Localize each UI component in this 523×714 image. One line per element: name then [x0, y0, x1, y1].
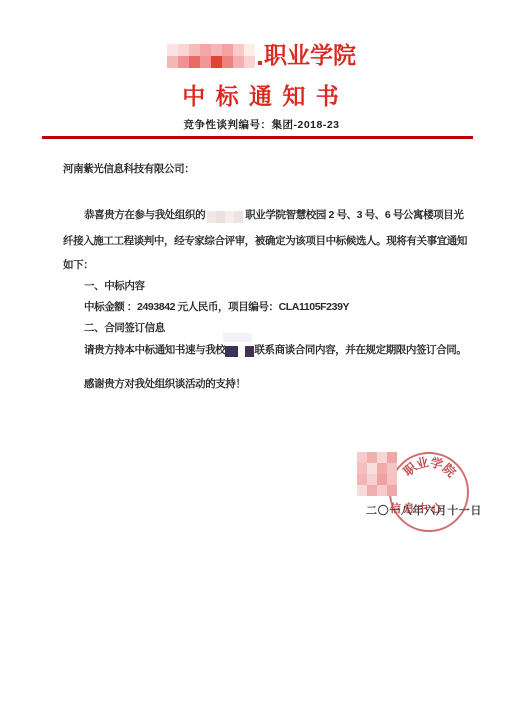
seal-arc-char: 业: [415, 456, 430, 471]
mosaic-cell: [357, 474, 367, 485]
mosaic-cell: [178, 44, 189, 56]
paragraph-line-1-pre: 恭喜贵方在参与我处组织的: [84, 207, 205, 222]
redacted-org-name-mosaic: [167, 44, 255, 68]
negotiation-number: 竞争性谈判编号：集团-2018-23: [0, 117, 523, 132]
award-amount-line: 中标金额 ：2493842 元人民币，项目编号：CLA1105F239Y: [84, 299, 349, 314]
mosaic-cell: [377, 474, 387, 485]
letterhead-org-title: 职业学院: [0, 40, 523, 68]
mosaic-cell: [167, 56, 178, 68]
mosaic-cell: [357, 452, 367, 463]
mosaic-cell: [222, 56, 233, 68]
mosaic-cell: [377, 485, 387, 496]
award-notice-document: 职业学院 中 标 通 知 书 竞争性谈判编号：集团-2018-23 河南紫光信息…: [0, 0, 523, 714]
mosaic-cell: [377, 463, 387, 474]
document-date: 二〇一八年六月十一日: [366, 502, 482, 518]
mosaic-cell: [167, 44, 178, 56]
paragraph-line-3: 如下：: [63, 257, 93, 272]
redaction-block-1: [225, 346, 238, 357]
mosaic-cell: [178, 56, 189, 68]
mosaic-cell: [387, 474, 397, 485]
mosaic-cell: [233, 56, 244, 68]
mosaic-cell: [244, 56, 255, 68]
org-title-text: 职业学院: [264, 42, 356, 68]
mosaic-cell: [222, 44, 233, 56]
mosaic-cell: [211, 44, 222, 56]
header-divider-rule: [42, 136, 473, 139]
mosaic-cell: [367, 485, 377, 496]
mosaic-cell: [357, 485, 367, 496]
contact-instruction-line: 请贵方持本中标通知书速与我校 联系商谈合同内容，并在规定期限内签订合同。: [84, 342, 467, 357]
section-2-heading: 二、合同签订信息: [84, 320, 165, 335]
paragraph-line-1: 恭喜贵方在参与我处组织的 职业学院智慧校园 2 号、3 号、6 号公寓楼项目光: [84, 207, 464, 222]
mosaic-cell: [367, 474, 377, 485]
mosaic-cell: [244, 44, 255, 56]
mosaic-cell: [233, 44, 244, 56]
seal-arc-text: 职业学院: [389, 452, 469, 532]
seal-redaction-mosaic: [357, 452, 397, 496]
redaction-block-2: [245, 346, 254, 357]
mosaic-cell: [225, 211, 234, 223]
section-1-heading: 一、中标内容: [84, 278, 145, 293]
mosaic-cell: [357, 463, 367, 474]
mosaic-cell: [377, 452, 387, 463]
mosaic-cell: [387, 463, 397, 474]
mosaic-cell: [367, 452, 377, 463]
title-dot: [258, 61, 262, 65]
document-title: 中 标 通 知 书: [0, 78, 523, 111]
contact-line-pre: 请贵方持本中标通知书速与我校: [84, 342, 225, 357]
recipient-company: 河南紫光信息科技有限公司：: [63, 161, 194, 176]
mosaic-cell: [234, 211, 243, 223]
mosaic-cell: [387, 452, 397, 463]
paragraph-line-2: 纤接入施工工程谈判中，经专家综合评审，被确定为该项目中标候选人。现将有关事宜通知: [63, 233, 467, 248]
mosaic-cell: [207, 211, 216, 223]
mosaic-cell: [387, 485, 397, 496]
mosaic-cell: [211, 56, 222, 68]
mosaic-cell: [200, 44, 211, 56]
closing-thanks-line: 感谢贵方对我处组织谈活动的支持！: [84, 376, 246, 391]
mosaic-cell: [189, 44, 200, 56]
contact-line-post: 联系商谈合同内容，并在规定期限内签订合同。: [254, 342, 466, 357]
paragraph-line-1-post: 职业学院智慧校园 2 号、3 号、6 号公寓楼项目光: [245, 207, 463, 222]
mosaic-cell: [216, 211, 225, 223]
redacted-college-name-mosaic: [207, 211, 243, 223]
mosaic-cell: [367, 463, 377, 474]
mosaic-cell: [200, 56, 211, 68]
light-redaction-artifact: [223, 333, 252, 342]
mosaic-cell: [189, 56, 200, 68]
